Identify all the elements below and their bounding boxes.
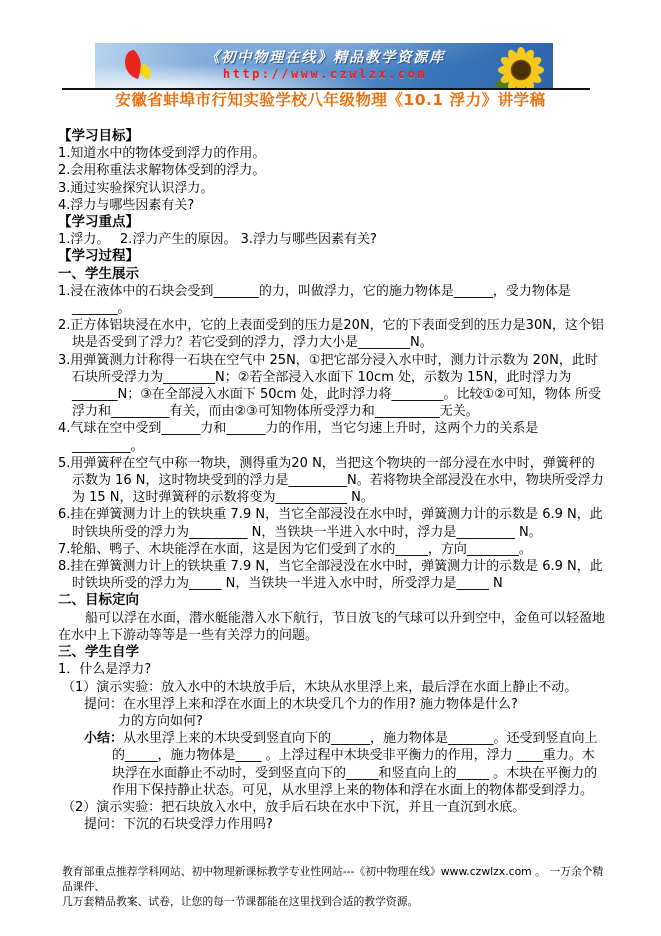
document-body: 【学习目标】1.知道水中的物体受到浮力的作用。2.会用称重法求解物体受到的浮力。…	[58, 128, 605, 833]
doc-line: （2）演示实验：把石块放入水中，放手后石块在水中下沉，并且一直沉到水底。	[58, 799, 605, 816]
sunflower-image	[491, 46, 549, 88]
doc-line: 1.浮力。 2.浮力产生的原因。 3.浮力与哪些因素有关?	[58, 231, 605, 248]
doc-line: 7.轮船、鸭子、木块能浮在水面，这是因为它们受到了水的_____，方向_____…	[58, 541, 605, 558]
doc-line: 8.挂在弹簧测力计上的铁块重 7.9 N，当它全部浸没在水中时，弹簧测力计的示数…	[58, 558, 605, 592]
banner-site-url: http://www.czwlzx.com	[223, 67, 427, 81]
doc-line: 2.会用称重法求解物体受到的浮力。	[58, 162, 605, 179]
doc-line: 4.气球在空中受到______力和______力的作用，当它匀速上升时，这两个力…	[58, 420, 605, 454]
doc-line: 1.知道水中的物体受到浮力的作用。	[58, 145, 605, 162]
doc-line: 4.浮力与哪些因素有关?	[58, 197, 605, 214]
doc-line: 3.用弹簧测力计称得一石块在空气中 25N，①把它部分浸入水中时，测力计示数为 …	[58, 352, 605, 421]
footer-line: 教育部重点推荐学科网站、初中物理新课标教学专业性网站---《初中物理在线》www…	[62, 864, 607, 894]
doc-line: 二、目标定向	[58, 592, 605, 609]
doc-line: 提问：在水里浮上来和浮在水面上的木块受几个力的作用? 施力物体是什么?	[58, 696, 605, 713]
doc-line: 三、学生自学	[58, 644, 605, 661]
doc-line: 【学习过程】	[58, 248, 605, 265]
doc-line: 船可以浮在水面，潜水艇能潜入水下航行，节日放飞的气球可以升到空中，金鱼可以轻盈地…	[58, 610, 605, 644]
doc-line: 小结：从水里浮上来的木块受到竖直向下的______，施力物体是_______。还…	[58, 730, 605, 799]
worksheet-page: 《初中物理在线》精品教学资源库 http://www.czwlzx.com	[0, 0, 661, 936]
footer-line: 几万套精品教案、试卷，让您的每一节课都能在这里找到合适的教学资源。	[62, 894, 607, 909]
doc-line: 一、学生展示	[58, 266, 605, 283]
doc-line: 3.通过实验探究认识浮力。	[58, 180, 605, 197]
doc-line: 1.浸在液体中的石块会受到_______的力，叫做浮力，它的施力物体是_____…	[58, 283, 605, 317]
doc-line: 6.挂在弹簧测力计上的铁块重 7.9 N，当它全部浸没在水中时，弹簧测力计的示数…	[58, 506, 605, 540]
banner-text-group: 《初中物理在线》精品教学资源库 http://www.czwlzx.com	[165, 43, 485, 88]
page-footer: 教育部重点推荐学科网站、初中物理新课标教学专业性网站---《初中物理在线》www…	[62, 864, 607, 909]
doc-line: （1）演示实验：放入水中的木块放手后，木块从水里浮上来，最后浮在水面上静止不动。	[58, 679, 605, 696]
doc-line: 1．什么是浮力?	[58, 661, 605, 678]
page-title: 安徽省蚌埠市行知实验学校八年级物理《10.1 浮力》讲学稿	[0, 90, 661, 110]
line-label: 小结：	[84, 731, 123, 746]
flame-logo-icon	[117, 48, 159, 88]
doc-line: 提问：下沉的石块受浮力作用吗?	[58, 816, 605, 833]
banner-site-name: 《初中物理在线》精品教学资源库	[205, 50, 445, 67]
doc-line: 【学习目标】	[58, 128, 605, 145]
doc-line: 【学习重点】	[58, 214, 605, 231]
doc-line: 5.用弹簧秤在空气中称一物块，测得重为20 N，当把这个物块的一部分浸在水中时，…	[58, 455, 605, 507]
doc-line: 力的方向如何?	[58, 713, 605, 730]
site-banner: 《初中物理在线》精品教学资源库 http://www.czwlzx.com	[95, 43, 553, 88]
doc-line: 2.正方体铝块浸在水中，它的上表面受到的压力是20N，它的下表面受到的压力是30…	[58, 317, 605, 351]
